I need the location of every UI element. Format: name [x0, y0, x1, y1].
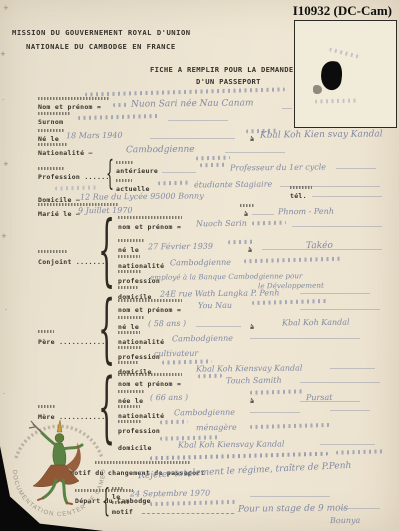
- label-nationalite: Nationalité —: [38, 149, 93, 157]
- conjoint-brace: {: [98, 214, 115, 292]
- label-pere-nom: nom et prénom =: [118, 306, 181, 314]
- khmer-label: [118, 331, 140, 334]
- label-mere-domicile: domicile: [118, 444, 152, 452]
- value-depart-motif: Pour un stage de 9 mois: [238, 503, 348, 514]
- khmer-label: [118, 239, 144, 242]
- khmer-label: [118, 216, 182, 219]
- value-nom: Nuon Sari née Nau Canam: [131, 98, 254, 109]
- ink-blot: [319, 60, 344, 92]
- value-profession-actuelle: étudiante Stagiaire: [194, 180, 272, 190]
- label-mere-nationalite: nationalité: [118, 412, 164, 420]
- khmer-label: [118, 299, 182, 302]
- label-a-naissance: à: [250, 135, 254, 143]
- khmer-label: [118, 286, 138, 289]
- khmer-label: [38, 330, 54, 333]
- scan-mark: ·: [5, 306, 7, 314]
- org-name-line2: NATIONALE DU CAMBODGE EN FRANCE: [26, 42, 176, 51]
- label-conjoint-nom: nom et prénom =: [118, 223, 181, 231]
- pencil-note: [329, 47, 359, 58]
- khmer-handwriting: [150, 452, 328, 461]
- khmer-handwriting: [85, 87, 285, 96]
- pere-brace: {: [98, 294, 115, 369]
- khmer-label: [118, 270, 142, 273]
- scan-mark: ·: [2, 96, 4, 104]
- scan-mark: ·: [3, 390, 5, 398]
- value-nationalite: Cambodgienne: [126, 145, 195, 156]
- label-pere-ne-le: né le: [118, 323, 139, 331]
- khmer-label: [240, 204, 254, 207]
- khmer-handwriting: [252, 221, 286, 226]
- khmer-handwriting-surnom: [78, 114, 160, 120]
- photo-box: [294, 20, 397, 128]
- label-conjoint-nationalite: nationalité: [118, 262, 164, 270]
- scan-mark: +: [0, 50, 6, 58]
- value-conjoint-ne-le: 27 Février 1939: [148, 242, 213, 252]
- khmer-handwriting: [336, 449, 384, 454]
- value-pere-domicile: Kbal Koh Kiensvay Kandal: [196, 363, 303, 373]
- value-profession-anterieure: Professeur du 1er cycle: [230, 162, 326, 172]
- value-mere-domicile: Kbal Koh Kiensvay Kandal: [178, 439, 285, 449]
- khmer-handwriting: [228, 240, 254, 245]
- value-pere-age: ( 58 ans ): [148, 319, 186, 328]
- khmer-handwriting: [160, 420, 188, 425]
- value-depart-le: 24 Septembre 1970: [130, 489, 210, 499]
- khmer-label: [38, 112, 70, 115]
- khmer-label: [116, 161, 134, 164]
- ink-smudge: [313, 85, 322, 94]
- khmer-label: [118, 361, 138, 364]
- value-conjoint-nom: Nuoch Sarin: [196, 219, 247, 229]
- khmer-label: [118, 373, 182, 376]
- label-conjoint: Conjoint ........: [38, 258, 110, 266]
- value-mere-nom: Touch Samith: [226, 376, 282, 386]
- khmer-label: [38, 250, 68, 253]
- label-surnom: Surnom: [38, 118, 63, 126]
- handwritten-signature: Bounya: [330, 516, 360, 525]
- value-lieu-naissance: Kbal Koh Kien svay Kandal: [260, 129, 383, 140]
- label-anterieure: antérieure: [116, 167, 158, 175]
- value-mere-age: ( 66 ans ): [150, 393, 188, 402]
- label-mere-profession: profession: [118, 427, 160, 435]
- org-name-line1: MISSION DU GOUVERNEMENT ROYAL D'UNION: [12, 28, 191, 37]
- watermark-arc-text: DOCUMENTATION CENTER OF CAMBODIA: [0, 408, 107, 518]
- khmer-label: [118, 255, 140, 258]
- profession-brace: {: [106, 158, 114, 192]
- khmer-handwriting: [250, 389, 305, 394]
- value-ne-le: 18 Mars 1940: [66, 131, 123, 141]
- value-pere-profession: cultivateur: [154, 349, 198, 358]
- label-mere-a: à: [250, 397, 254, 405]
- label-pere-a: à: [250, 323, 254, 331]
- label-mere-nee-le: née le: [118, 397, 143, 405]
- form-title-line1: FICHE A REMPLIR POUR LA DEMANDE: [150, 65, 293, 74]
- khmer-handwriting: [158, 181, 190, 186]
- khmer-handwriting: [113, 103, 127, 107]
- value-pere-nationalite: Cambodgienne: [172, 334, 233, 344]
- value-conjoint-domicile: 24E rue Wath Langka P. Penh: [160, 288, 280, 298]
- label-pere: Père ............: [38, 338, 110, 346]
- khmer-handwriting: [250, 423, 330, 429]
- khmer-label: [118, 316, 144, 319]
- khmer-handwriting: [200, 163, 226, 168]
- khmer-label: [116, 179, 132, 182]
- khmer-handwriting: [198, 374, 222, 379]
- khmer-handwriting: [244, 257, 342, 264]
- khmer-label: [38, 143, 68, 146]
- value-conjoint-nationalite: Cambodgienne: [170, 258, 231, 268]
- archive-stamp: I10932 (DC-Cam): [293, 3, 392, 19]
- khmer-label: [38, 97, 110, 100]
- value-domicile: 12 Rue du Lycée 95000 Bonny: [80, 191, 204, 201]
- label-ne-le: Né le: [38, 135, 59, 143]
- khmer-handwriting: [252, 299, 328, 305]
- label-mere-nom: nom et prénom =: [118, 380, 181, 388]
- label-nom: Nom et prénom =: [38, 103, 101, 111]
- value-mere-profession: ménagère: [196, 423, 237, 432]
- label-conjoint-ne-le: né le: [118, 246, 139, 254]
- scan-mark: +: [3, 4, 9, 12]
- label-profession: Profession ......: [38, 173, 110, 181]
- scan-mark: +: [1, 232, 7, 240]
- value-pere-lieu: Kbal Koh Kandal: [282, 318, 350, 328]
- label-marie-le: Marié le —: [38, 210, 80, 218]
- value-marie-lieu: Phnom - Penh: [278, 207, 334, 217]
- label-pere-nationalite: nationalité: [118, 338, 164, 346]
- khmer-label: [38, 167, 64, 170]
- value-pere-nom: You Nau: [198, 301, 232, 310]
- khmer-handwriting: [55, 185, 97, 190]
- khmer-handwriting: [196, 156, 230, 161]
- khmer-label: [118, 346, 142, 349]
- label-a-mariage: à: [244, 210, 248, 218]
- svg-text:DOCUMENTATION CENTER OF CAMBOD: DOCUMENTATION CENTER OF CAMBODIA: [0, 408, 107, 518]
- form-title-line2: D'UN PASSEPORT: [196, 77, 261, 86]
- khmer-label: [118, 390, 144, 393]
- scan-mark: +: [3, 160, 9, 168]
- scanned-passport-form: + + · + + · · I10932 (DC-Cam) MISSION DU…: [0, 0, 399, 531]
- khmer-label: [290, 186, 312, 189]
- khmer-label: [38, 129, 64, 132]
- pencil-note: [315, 98, 359, 103]
- label-tel: tél.: [290, 192, 307, 200]
- khmer-handwriting: [150, 500, 238, 506]
- value-mere-nationalite: Cambodgienne: [174, 408, 235, 418]
- label-conjoint-a: à: [248, 246, 252, 254]
